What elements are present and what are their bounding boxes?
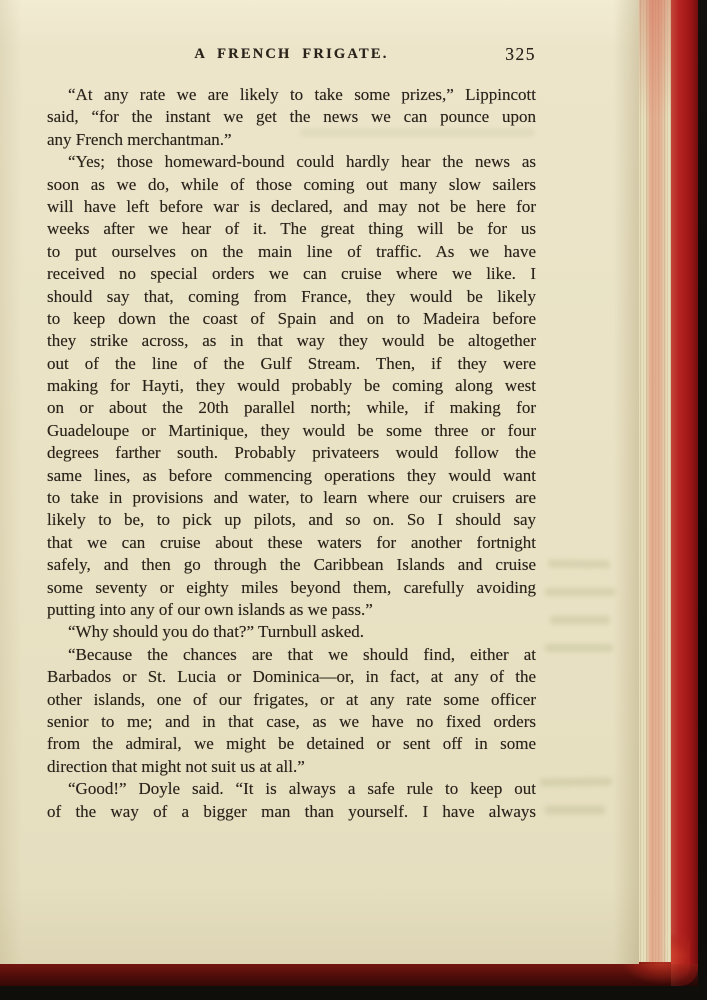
text-line: said, “for the instant we get the news w…: [47, 106, 536, 128]
text-line: to keep down the coast of Spain and on t…: [47, 308, 536, 330]
text-line: “Good!” Doyle said. “It is always a safe…: [47, 778, 536, 800]
text-line: some seventy or eighty miles beyond them…: [47, 577, 536, 599]
text-line: other islands, one of our frigates, or a…: [47, 689, 536, 711]
text-line: weeks after we hear of it. The great thi…: [47, 218, 536, 240]
show-through-mark: [300, 128, 535, 137]
show-through-mark: [540, 777, 612, 786]
chapter-header-title: A FRENCH FRIGATE.: [47, 46, 536, 63]
book-cover-bottom-edge: [0, 964, 698, 986]
text-line: Guadeloupe or Martinique, they would be …: [47, 420, 536, 442]
text-line: senior to me; and in that case, as we ha…: [47, 711, 536, 733]
text-line: from the admiral, we might be detained o…: [47, 733, 536, 755]
book-photo: A FRENCH FRIGATE. 325 “At any rate we ar…: [0, 0, 707, 1000]
paragraph: “Why should you do that?” Turnbull asked…: [47, 621, 536, 643]
text-line: received no special orders we can cruise…: [47, 263, 536, 285]
text-line: should say that, coming from France, the…: [47, 286, 536, 308]
text-line: same lines, as before commencing operati…: [47, 465, 536, 487]
book-page: A FRENCH FRIGATE. 325 “At any rate we ar…: [0, 0, 639, 964]
text-line: “Because the chances are that we should …: [47, 644, 536, 666]
text-line: degrees farther south. Probably privatee…: [47, 442, 536, 464]
show-through-mark: [545, 806, 605, 814]
running-header: A FRENCH FRIGATE. 325: [47, 46, 536, 68]
paragraph: “Good!” Doyle said. “It is always a safe…: [47, 778, 536, 823]
show-through-mark: [548, 559, 610, 568]
text-line: “Yes; those homeward-bound could hardly …: [47, 151, 536, 173]
text-line: Barbados or St. Lucia or Dominica—or, in…: [47, 666, 536, 688]
text-line: to put ourselves on the main line of tra…: [47, 241, 536, 263]
paragraph: “At any rate we are likely to take some …: [47, 84, 536, 151]
text-line: out of the line of the Gulf Stream. Then…: [47, 353, 536, 375]
paragraph: “Because the chances are that we should …: [47, 644, 536, 778]
text-line: direction that might not suit us at all.…: [47, 756, 536, 778]
book-cover-right-edge: [671, 0, 698, 986]
paragraph: “Yes; those homeward-bound could hardly …: [47, 151, 536, 621]
text-line: “Why should you do that?” Turnbull asked…: [47, 621, 536, 643]
text-line: that we can cruise about these waters fo…: [47, 532, 536, 554]
text-line: will have left before war is declared, a…: [47, 196, 536, 218]
text-line: to take in provisions and water, to lear…: [47, 487, 536, 509]
text-line: making for Hayti, they would probably be…: [47, 375, 536, 397]
page-fore-edges: [638, 0, 671, 962]
show-through-mark: [545, 588, 615, 596]
page-edge-stain: [638, 0, 671, 120]
text-line: on or about the 20th parallel north; whi…: [47, 397, 536, 419]
text-block: “At any rate we are likely to take some …: [47, 84, 536, 823]
text-line: of the way of a bigger man than yourself…: [47, 801, 536, 823]
text-line: likely to be, to pick up pilots, and so …: [47, 509, 536, 531]
text-line: they strike across, as in that way they …: [47, 330, 536, 352]
text-line: safely, and then go through the Caribbea…: [47, 554, 536, 576]
page-number: 325: [505, 44, 536, 65]
show-through-mark: [550, 616, 610, 624]
text-line: putting into any of our own islands as w…: [47, 599, 536, 621]
show-through-mark: [545, 644, 613, 652]
text-line: “At any rate we are likely to take some …: [47, 84, 536, 106]
text-line: soon as we do, while of those coming out…: [47, 174, 536, 196]
